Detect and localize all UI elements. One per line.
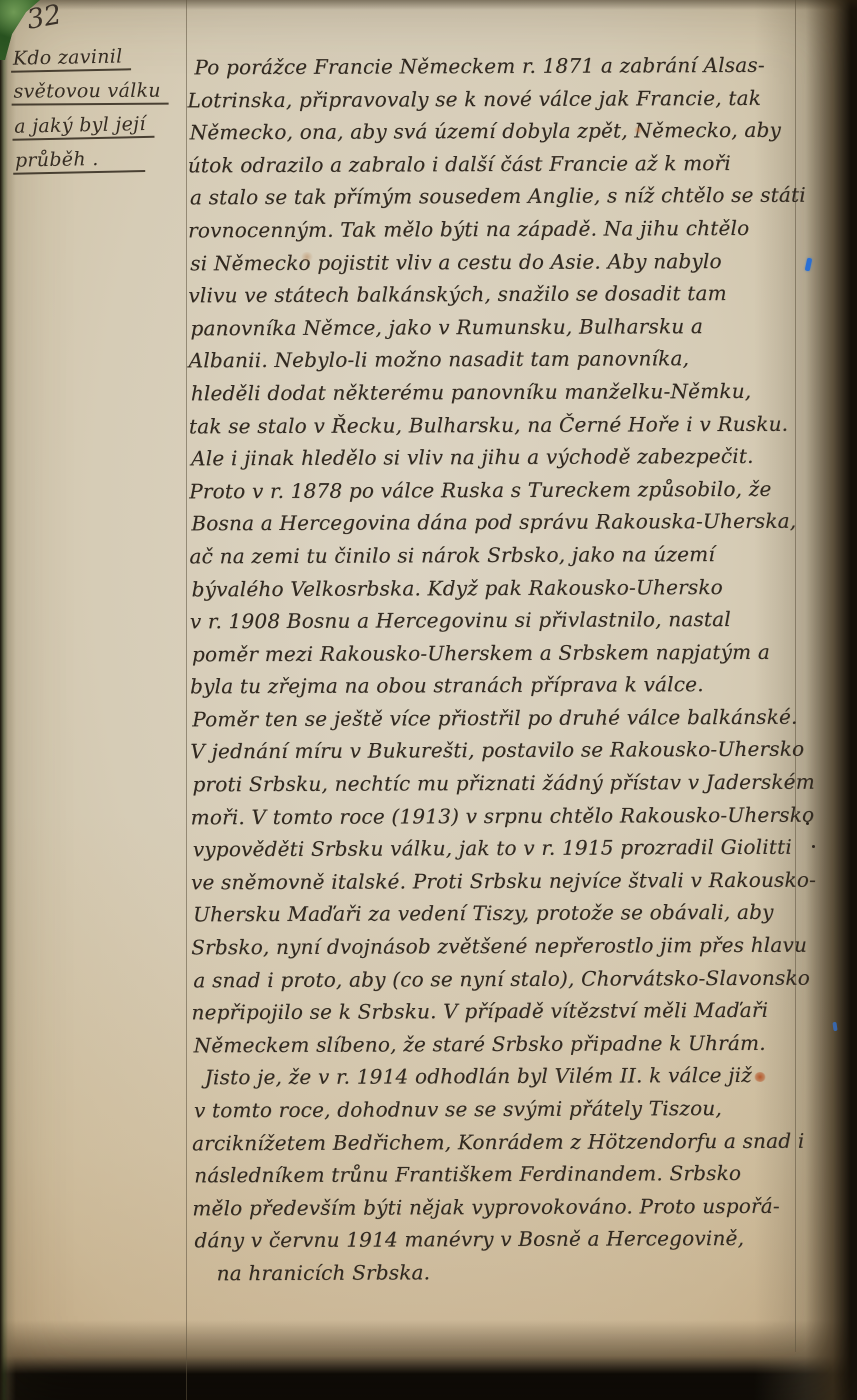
manuscript-line: Bosna a Hercegovina dána pod správu Rako… bbox=[189, 505, 809, 540]
manuscript-line: Jisto je, že v r. 1914 odhodlán byl Vilé… bbox=[192, 1059, 812, 1094]
margin-note-line: světovou válku bbox=[11, 80, 169, 106]
manuscript-line: v r. 1908 Bosnu a Hercegovinu si přivlas… bbox=[190, 603, 810, 638]
manuscript-line: Lotrinska, připravovaly se k nové válce … bbox=[187, 81, 807, 116]
manuscript-line: hleděli dodat některému panovníku manžel… bbox=[189, 375, 809, 410]
manuscript-line: Albanii. Nebylo-li možno nasadit tam pan… bbox=[189, 342, 809, 377]
manuscript-line: a stalo se tak přímým sousedem Anglie, s… bbox=[188, 179, 808, 214]
manuscript-line: rovnocenným. Tak mělo býti na západě. Na… bbox=[188, 212, 808, 247]
ink-dot bbox=[812, 845, 815, 848]
manuscript-line: následníkem trůnu Františkem Ferdinandem… bbox=[192, 1157, 812, 1192]
manuscript-line: Uhersku Maďaři za vedení Tiszy, protože … bbox=[191, 896, 811, 931]
manuscript-line: nepřipojilo se k Srbsku. V případě vítěz… bbox=[191, 994, 811, 1029]
manuscript-line: Ale i jinak hledělo si vliv na jihu a vý… bbox=[189, 440, 809, 475]
manuscript-line: mělo především býti nějak vyprovokováno.… bbox=[192, 1189, 812, 1224]
manuscript-line: byla tu zřejma na obou stranách příprava… bbox=[190, 668, 810, 703]
page-number: 32 bbox=[25, 0, 64, 36]
manuscript-line: Německem slíbeno, že staré Srbsko připad… bbox=[192, 1026, 812, 1061]
blue-ink-fleck bbox=[832, 1022, 837, 1031]
margin-note-line: Kdo zavinil bbox=[11, 45, 131, 73]
manuscript-line: vlivu ve státech balkánských, snažilo se… bbox=[188, 277, 808, 312]
manuscript-line: ve sněmovně italské. Proti Srbsku nejvíc… bbox=[191, 863, 811, 898]
manuscript-line: poměr mezi Rakousko-Uherskem a Srbskem n… bbox=[190, 635, 810, 670]
manuscript-line: a snad i proto, aby (co se nyní stalo), … bbox=[191, 961, 811, 996]
manuscript-line: Po porážce Francie Německem r. 1871 a za… bbox=[187, 49, 807, 84]
left-margin-rule bbox=[186, 0, 187, 1400]
manuscript-body: Po porážce Francie Německem r. 1871 a za… bbox=[187, 49, 812, 1290]
manuscript-page: 32 Kdo zavinil světovou válku a jaký byl… bbox=[0, 0, 857, 1400]
manuscript-line: Německo, ona, aby svá území dobyla zpět,… bbox=[188, 114, 808, 149]
manuscript-line: moři. V tomto roce (1913) v srpnu chtělo… bbox=[191, 798, 811, 833]
manuscript-line: Poměr ten se ještě více přiostřil po dru… bbox=[190, 701, 810, 736]
manuscript-line: dány v červnu 1914 manévry v Bosně a Her… bbox=[192, 1222, 812, 1257]
margin-note-line: a jaký byl její bbox=[12, 113, 154, 141]
manuscript-line: Srbsko, nyní dvojnásob zvětšené nepřeros… bbox=[191, 929, 811, 964]
manuscript-line: vypověděti Srbsku válku, jak to v r. 191… bbox=[191, 831, 811, 866]
manuscript-line: útok odrazilo a zabralo i další část Fra… bbox=[188, 146, 808, 181]
manuscript-line: tak se stalo v Řecku, Bulharsku, na Čern… bbox=[189, 407, 809, 442]
manuscript-line: ač na zemi tu činilo si nárok Srbsko, ja… bbox=[189, 538, 809, 573]
margin-note: Kdo zavinil světovou válku a jaký byl je… bbox=[11, 44, 182, 183]
manuscript-line: panovníka Němce, jako v Rumunsku, Bulhar… bbox=[188, 309, 808, 344]
manuscript-line: proti Srbsku, nechtíc mu přiznati žádný … bbox=[190, 766, 810, 801]
margin-note-line: průběh . bbox=[13, 147, 145, 175]
manuscript-line: V jednání míru v Bukurešti, postavilo se… bbox=[190, 733, 810, 768]
manuscript-line: na hranicích Srbska. bbox=[193, 1255, 813, 1290]
manuscript-line: si Německo pojistit vliv a cestu do Asie… bbox=[188, 244, 808, 279]
manuscript-line: arciknížetem Bedřichem, Konrádem z Hötze… bbox=[192, 1124, 812, 1159]
manuscript-line: Proto v r. 1878 po válce Ruska s Turecke… bbox=[189, 472, 809, 507]
manuscript-line: v tomto roce, dohodnuv se se svými přáte… bbox=[192, 1092, 812, 1127]
manuscript-line: bývalého Velkosrbska. Když pak Rakousko-… bbox=[190, 570, 810, 605]
